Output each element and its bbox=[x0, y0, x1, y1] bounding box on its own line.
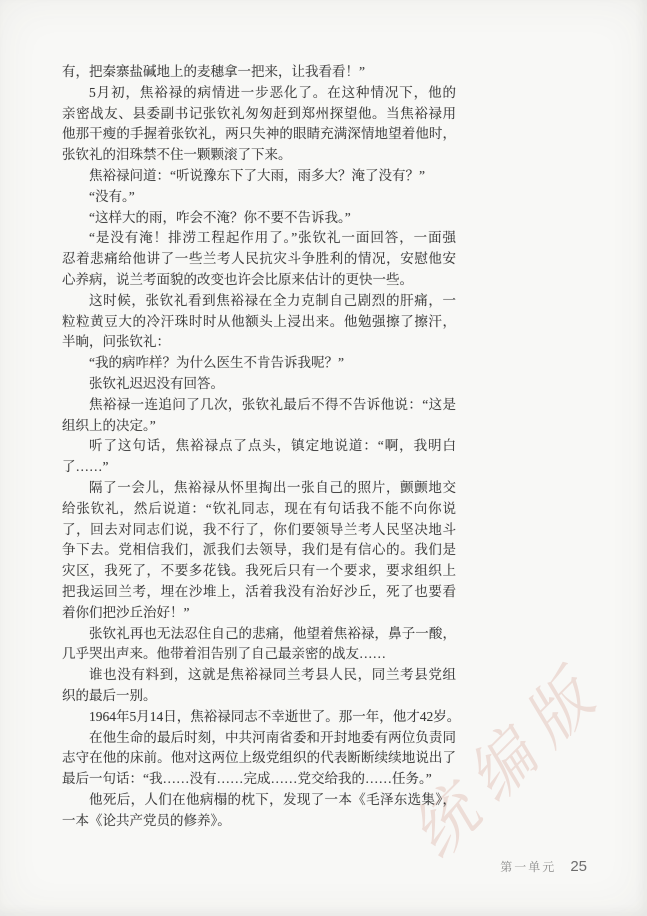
text-line: 半晌，问张钦礼： bbox=[62, 332, 456, 353]
text-line: 着你们把沙丘治好！” bbox=[62, 603, 456, 624]
text-line: 忍着悲痛给他讲了一些兰考人民抗灾斗争胜利的情况，安慰他安 bbox=[62, 249, 456, 270]
page-footer: 第一单元 25 bbox=[500, 858, 587, 875]
text-line: 隔了一会儿，焦裕禄从怀里掏出一张自己的照片，颤颤地交 bbox=[62, 478, 456, 499]
text-line: 志守在他的床前。他对这两位上级党组织的代表断断续续地说出了 bbox=[62, 748, 456, 769]
page-number: 25 bbox=[570, 858, 587, 875]
text-line: 谁也没有料到，这就是焦裕禄同兰考县人民，同兰考县党组 bbox=[62, 665, 456, 686]
text-line: 把我运回兰考，埋在沙堆上，活着我没有治好沙丘，死了也要看 bbox=[62, 582, 456, 603]
text-line: 组织上的决定。” bbox=[62, 416, 456, 437]
text-line: 了，回去对同志们说，我不行了，你们要领导兰考人民坚决地斗 bbox=[62, 520, 456, 541]
text-line: 5月初，焦裕禄的病情进一步恶化了。在这种情况下，他的 bbox=[62, 83, 456, 104]
text-line: 1964年5月14日，焦裕禄同志不幸逝世了。那一年，他才42岁。 bbox=[62, 707, 456, 728]
text-line: 在他生命的最后时刻，中共河南省委和开封地委有两位负责同 bbox=[62, 728, 456, 749]
text-line: 他死后，人们在他病榻的枕下，发现了一本《毛泽东选集》， bbox=[62, 790, 456, 811]
text-line: 最后一句话：“我……没有……完成……党交给我的……任务。” bbox=[62, 769, 456, 790]
text-line: 听了这句话，焦裕禄点了点头，镇定地说道：“啊，我明白 bbox=[62, 436, 456, 457]
text-line: 这时候，张钦礼看到焦裕禄在全力克制自己剧烈的肝痛，一 bbox=[62, 291, 456, 312]
text-line: “我的病咋样？为什么医生不肯告诉我呢？” bbox=[62, 353, 456, 374]
scanned-textbook-page: 统编版 有，把秦寨盐碱地上的麦穗拿一把来，让我看看！”5月初，焦裕禄的病情进一步… bbox=[0, 0, 647, 916]
text-line: 灾区，我死了，不要多花钱。我死后只有一个要求，要求组织上 bbox=[62, 561, 456, 582]
text-line: “是没有淹！排涝工程起作用了。”张钦礼一面回答，一面强 bbox=[62, 228, 456, 249]
text-line: 给张钦礼，然后说道：“钦礼同志，现在有句话我不能不向你说 bbox=[62, 499, 456, 520]
text-line: “没有。” bbox=[62, 187, 456, 208]
text-line: 张钦礼再也无法忍住自己的悲痛，他望着焦裕禄，鼻子一酸， bbox=[62, 624, 456, 645]
text-line: 粒粒黄豆大的冷汗珠时时从他额头上浸出来。他勉强擦了擦汗， bbox=[62, 312, 456, 333]
text-line: 一本《论共产党员的修养》。 bbox=[62, 811, 456, 832]
text-line: 心养病，说兰考面貌的改变也许会比原来估计的更快一些。 bbox=[62, 270, 456, 291]
text-line: 织的最后一别。 bbox=[62, 686, 456, 707]
text-line: 焦裕禄一连追问了几次，张钦礼最后不得不告诉他说：“这是 bbox=[62, 395, 456, 416]
text-line: 亲密战友、县委副书记张钦礼匆匆赶到郑州探望他。当焦裕禄用 bbox=[62, 104, 456, 125]
body-text: 有，把秦寨盐碱地上的麦穗拿一把来，让我看看！”5月初，焦裕禄的病情进一步恶化了。… bbox=[62, 62, 456, 831]
text-line: 张钦礼的泪珠禁不住一颗颗滚了下来。 bbox=[62, 145, 456, 166]
text-line: 张钦礼迟迟没有回答。 bbox=[62, 374, 456, 395]
text-line: 了……” bbox=[62, 457, 456, 478]
text-line: 几乎哭出声来。他带着泪告别了自己最亲密的战友…… bbox=[62, 644, 456, 665]
text-line: 争下去。党相信我们，派我们去领导，我们是有信心的。我们是 bbox=[62, 540, 456, 561]
text-line: 他那干瘦的手握着张钦礼，两只失神的眼睛充满深情地望着他时， bbox=[62, 124, 456, 145]
text-line: 焦裕禄问道：“听说豫东下了大雨，雨多大？淹了没有？” bbox=[62, 166, 456, 187]
text-line: “这样大的雨，咋会不淹？你不要不告诉我。” bbox=[62, 208, 456, 229]
text-line: 有，把秦寨盐碱地上的麦穗拿一把来，让我看看！” bbox=[62, 62, 456, 83]
unit-label: 第一单元 bbox=[500, 858, 556, 875]
